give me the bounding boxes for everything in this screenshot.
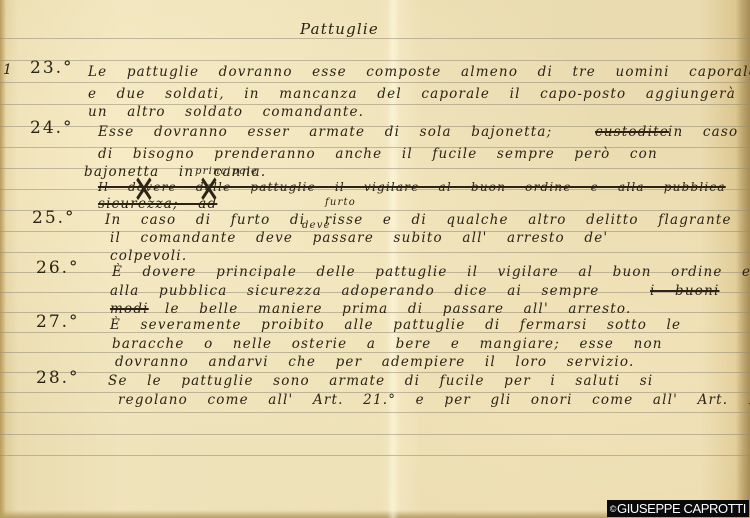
article-line: baracche o nelle osterie a bere e mangia… <box>112 336 663 352</box>
margin-mark: 1 <box>3 62 13 78</box>
struck-word: i buoni <box>650 283 720 299</box>
article-line: È severamente proibito alle pattuglie di… <box>110 317 681 333</box>
article-line: il comandante deve passare subito all' a… <box>110 230 608 246</box>
article-line: colpevoli. <box>110 248 187 264</box>
cross-mark: ✕ <box>198 169 220 214</box>
article-line: regolano come all' Art. 21.° e per gli o… <box>118 392 750 408</box>
copyright-watermark: © GIUSEPPE CAPROTTI <box>607 500 749 517</box>
article-line: e due soldati, in mancanza del caporale … <box>88 86 736 102</box>
ruled-line <box>0 82 750 83</box>
struck-line: Il dovere delle pattuglie il vigilare al… <box>98 180 726 194</box>
document-page: Pattuglie 1 23.° Le pattuglie dovranno e… <box>0 0 750 518</box>
article-line: un altro soldato comandante. <box>88 104 364 120</box>
article-number: 24.° <box>30 118 74 138</box>
article-line: di bisogno prenderanno anche il fucile s… <box>98 146 658 162</box>
article-number: 23.° <box>30 58 74 78</box>
struck-word: modi <box>110 301 149 317</box>
insertion: furto <box>325 197 356 208</box>
article-line: Esse dovranno esser armate di sola bajon… <box>98 124 552 140</box>
article-line: È dovere principale delle pattuglie il v… <box>112 264 750 280</box>
article-line: le belle maniere prima di passare all' a… <box>165 301 631 317</box>
article-line: Se le pattuglie sono armate di fucile pe… <box>108 373 653 389</box>
watermark-text: GIUSEPPE CAPROTTI <box>617 501 746 516</box>
article-number: 28.° <box>36 368 80 388</box>
ruled-line <box>0 434 750 435</box>
article-line: Le pattuglie dovranno esse composte alme… <box>88 64 750 80</box>
article-line-end: in caso <box>668 124 738 140</box>
ruled-line <box>0 455 750 456</box>
struck-word: custodite <box>595 124 669 140</box>
page-title: Pattuglie <box>300 20 379 38</box>
cross-mark: ✕ <box>133 169 155 214</box>
article-number: 27.° <box>36 312 80 332</box>
article-line: dovranno andarvi che per adempiere il lo… <box>115 354 634 370</box>
ruled-line <box>0 352 750 353</box>
ruled-line <box>0 60 750 61</box>
article-line: alla pubblica sicurezza adoperando dice … <box>110 283 599 299</box>
article-number: 25.° <box>32 208 76 228</box>
copyright-icon: © <box>610 504 616 514</box>
article-number: 26.° <box>36 258 80 278</box>
article-line: In caso di furto di risse e di qualche a… <box>105 212 732 228</box>
ruled-line <box>0 412 750 413</box>
ruled-line <box>0 38 750 39</box>
